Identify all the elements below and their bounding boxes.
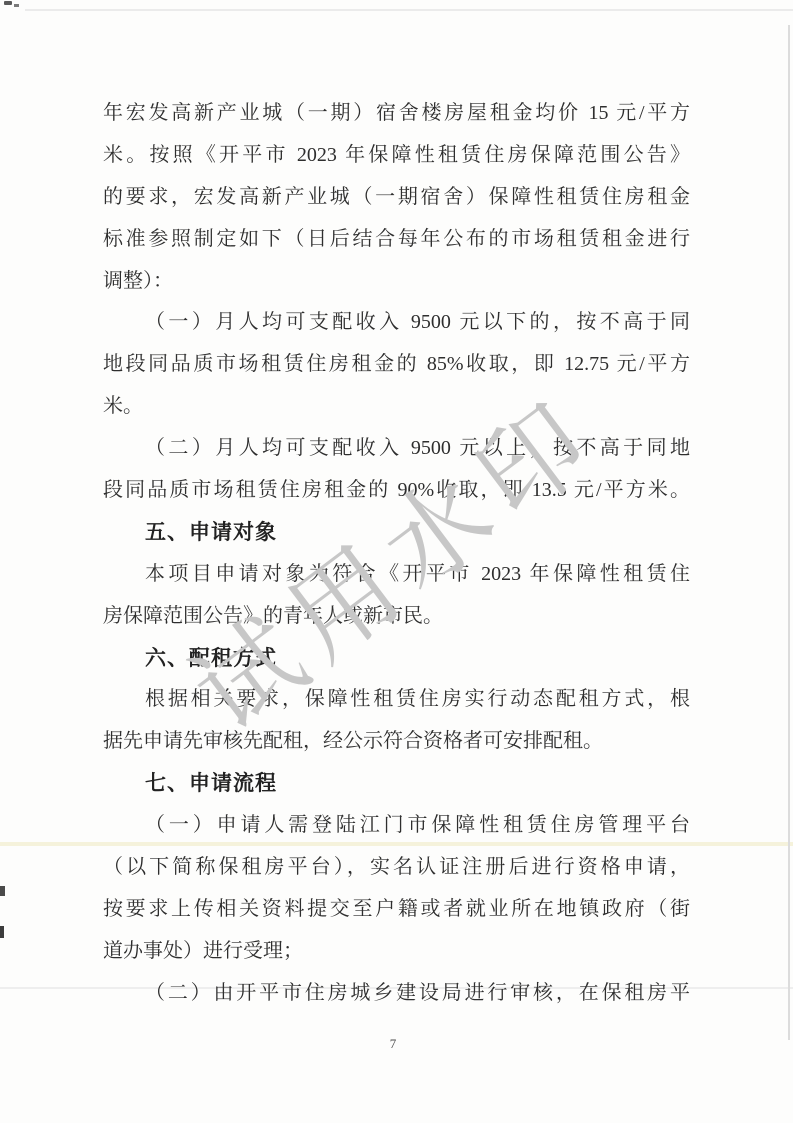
scan-artifact-top-line [25,9,793,11]
doc-line: 的要求，宏发高新产业城（一期宿舍）保障性租赁住房租金 [103,177,690,219]
doc-line: 米。 [103,386,690,428]
doc-line: 标准参照制定如下（日后结合每年公布的市场租赁租金进行 [103,219,690,261]
doc-line: 地段同品质市场租赁住房租金的 85%收取，即 12.75 元/平方 [103,344,690,386]
page-number: 7 [0,1036,786,1052]
doc-line: 道办事处）进行受理； [103,931,690,973]
doc-line: 调整）： [103,261,690,303]
doc-line-step-2: （二）由开平市住房城乡建设局进行审核，在保租房平 [103,973,690,1015]
doc-line: 米。按照《开平市 2023 年保障性租赁住房保障范围公告》 [103,135,690,177]
scan-artifact-left-dash [0,926,4,938]
doc-line-item-1: （一）月人均可支配收入 9500 元以下的，按不高于同 [103,302,690,344]
doc-line: 据先申请先审核先配租，经公示符合资格者可安排配租。 [103,721,690,763]
scan-artifact-left-dash [0,886,5,896]
doc-line: 按要求上传相关资料提交至户籍或者就业所在地镇政府（街 [103,889,690,931]
scan-artifact-speck [4,1,12,5]
scan-artifact-speck [14,4,19,7]
document-page: 年宏发高新产业城（一期）宿舍楼房屋租金均价 15 元/平方 米。按照《开平市 2… [0,0,793,1123]
scan-artifact-right-edge [788,25,790,1040]
section-heading-application-process: 七、申请流程 [103,763,690,805]
doc-line: （以下简称保租房平台），实名认证注册后进行资格申请， [103,847,690,889]
doc-line: 根据相关要求，保障性租赁住房实行动态配租方式，根 [103,679,690,721]
doc-line-step-1: （一）申请人需登陆江门市保障性租赁住房管理平台 [103,805,690,847]
doc-line: 年宏发高新产业城（一期）宿舍楼房屋租金均价 15 元/平方 [103,93,690,135]
